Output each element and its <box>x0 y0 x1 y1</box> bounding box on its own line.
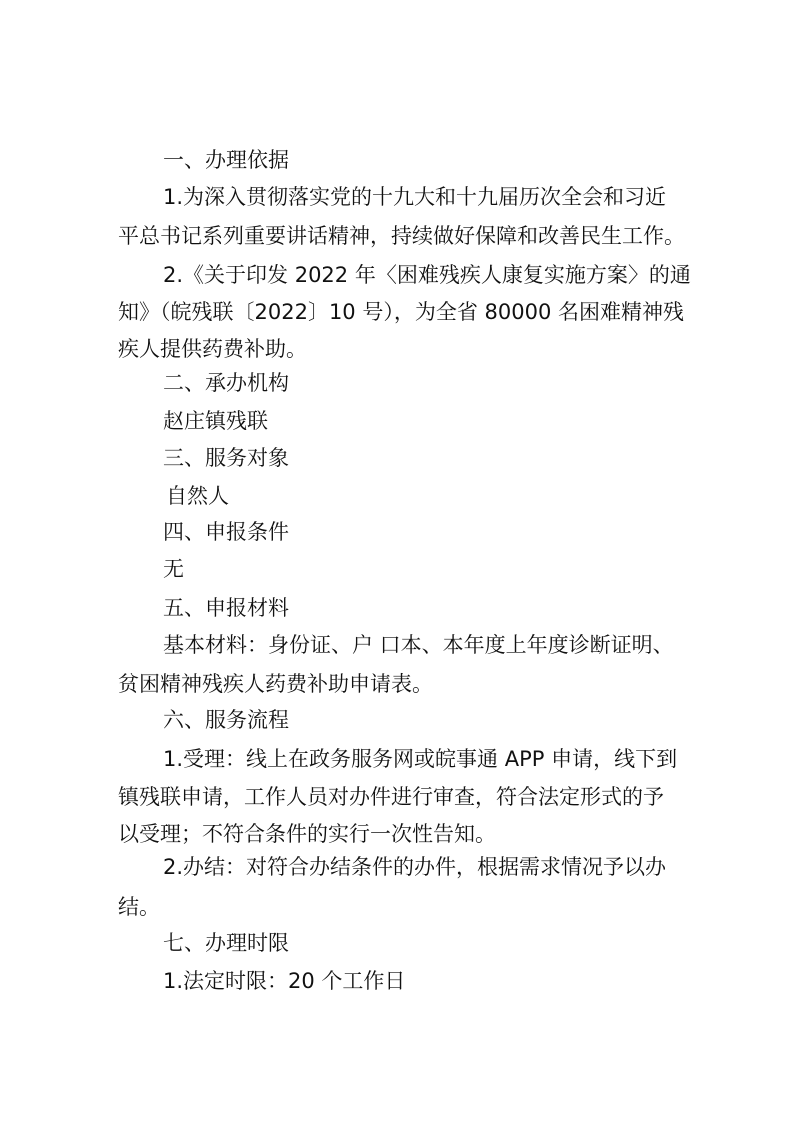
paragraph-line: 镇残联申请，工作人员对办件进行审查，符合法定形式的予 <box>118 783 664 811</box>
paragraph-line: 1.受理：线上在政务服务网或皖事通 APP 申请，线下到 <box>163 745 677 773</box>
section-heading-process: 六、服务流程 <box>163 706 289 734</box>
paragraph-line: 知》（皖残联〔2022〕10 号），为全省 80000 名困难精神残 <box>118 298 684 326</box>
paragraph-line: 基本材料：身份证、户 口本、本年度上年度诊断证明、 <box>163 631 674 659</box>
section-heading-target: 三、服务对象 <box>163 444 289 472</box>
paragraph-line: 2.办结：对符合办结条件的办件，根据需求情况予以办 <box>163 853 666 881</box>
paragraph-line: 疾人提供药费补助。 <box>118 335 307 363</box>
section-heading-conditions: 四、申报条件 <box>163 518 289 546</box>
paragraph-line: 以受理；不符合条件的实行一次性告知。 <box>118 820 496 848</box>
paragraph-line: 结。 <box>118 893 160 921</box>
paragraph-line: 赵庄镇残联 <box>163 407 268 435</box>
section-heading-materials: 五、申报材料 <box>163 594 289 622</box>
section-heading-agency: 二、承办机构 <box>163 369 289 397</box>
document-page: 一、办理依据 1.为深入贯彻落实党的十九大和十九届历次全会和习近 平总书记系列重… <box>0 0 793 1122</box>
paragraph-line: 2.《关于印发 2022 年〈困难残疾人康复实施方案〉的通 <box>163 261 691 289</box>
paragraph-line: 自然人 <box>166 482 229 510</box>
paragraph-line: 贫困精神残疾人药费补助申请表。 <box>118 670 433 698</box>
paragraph-line: 平总书记系列重要讲话精神，持续做好保障和改善民生工作。 <box>118 222 685 250</box>
paragraph-line: 无 <box>163 555 184 583</box>
section-heading-time-limit: 七、办理时限 <box>163 929 289 957</box>
section-heading-basis: 一、办理依据 <box>163 146 289 174</box>
paragraph-line: 1.法定时限：20 个工作日 <box>163 967 405 995</box>
paragraph-line: 1.为深入贯彻落实党的十九大和十九届历次全会和习近 <box>163 183 666 211</box>
